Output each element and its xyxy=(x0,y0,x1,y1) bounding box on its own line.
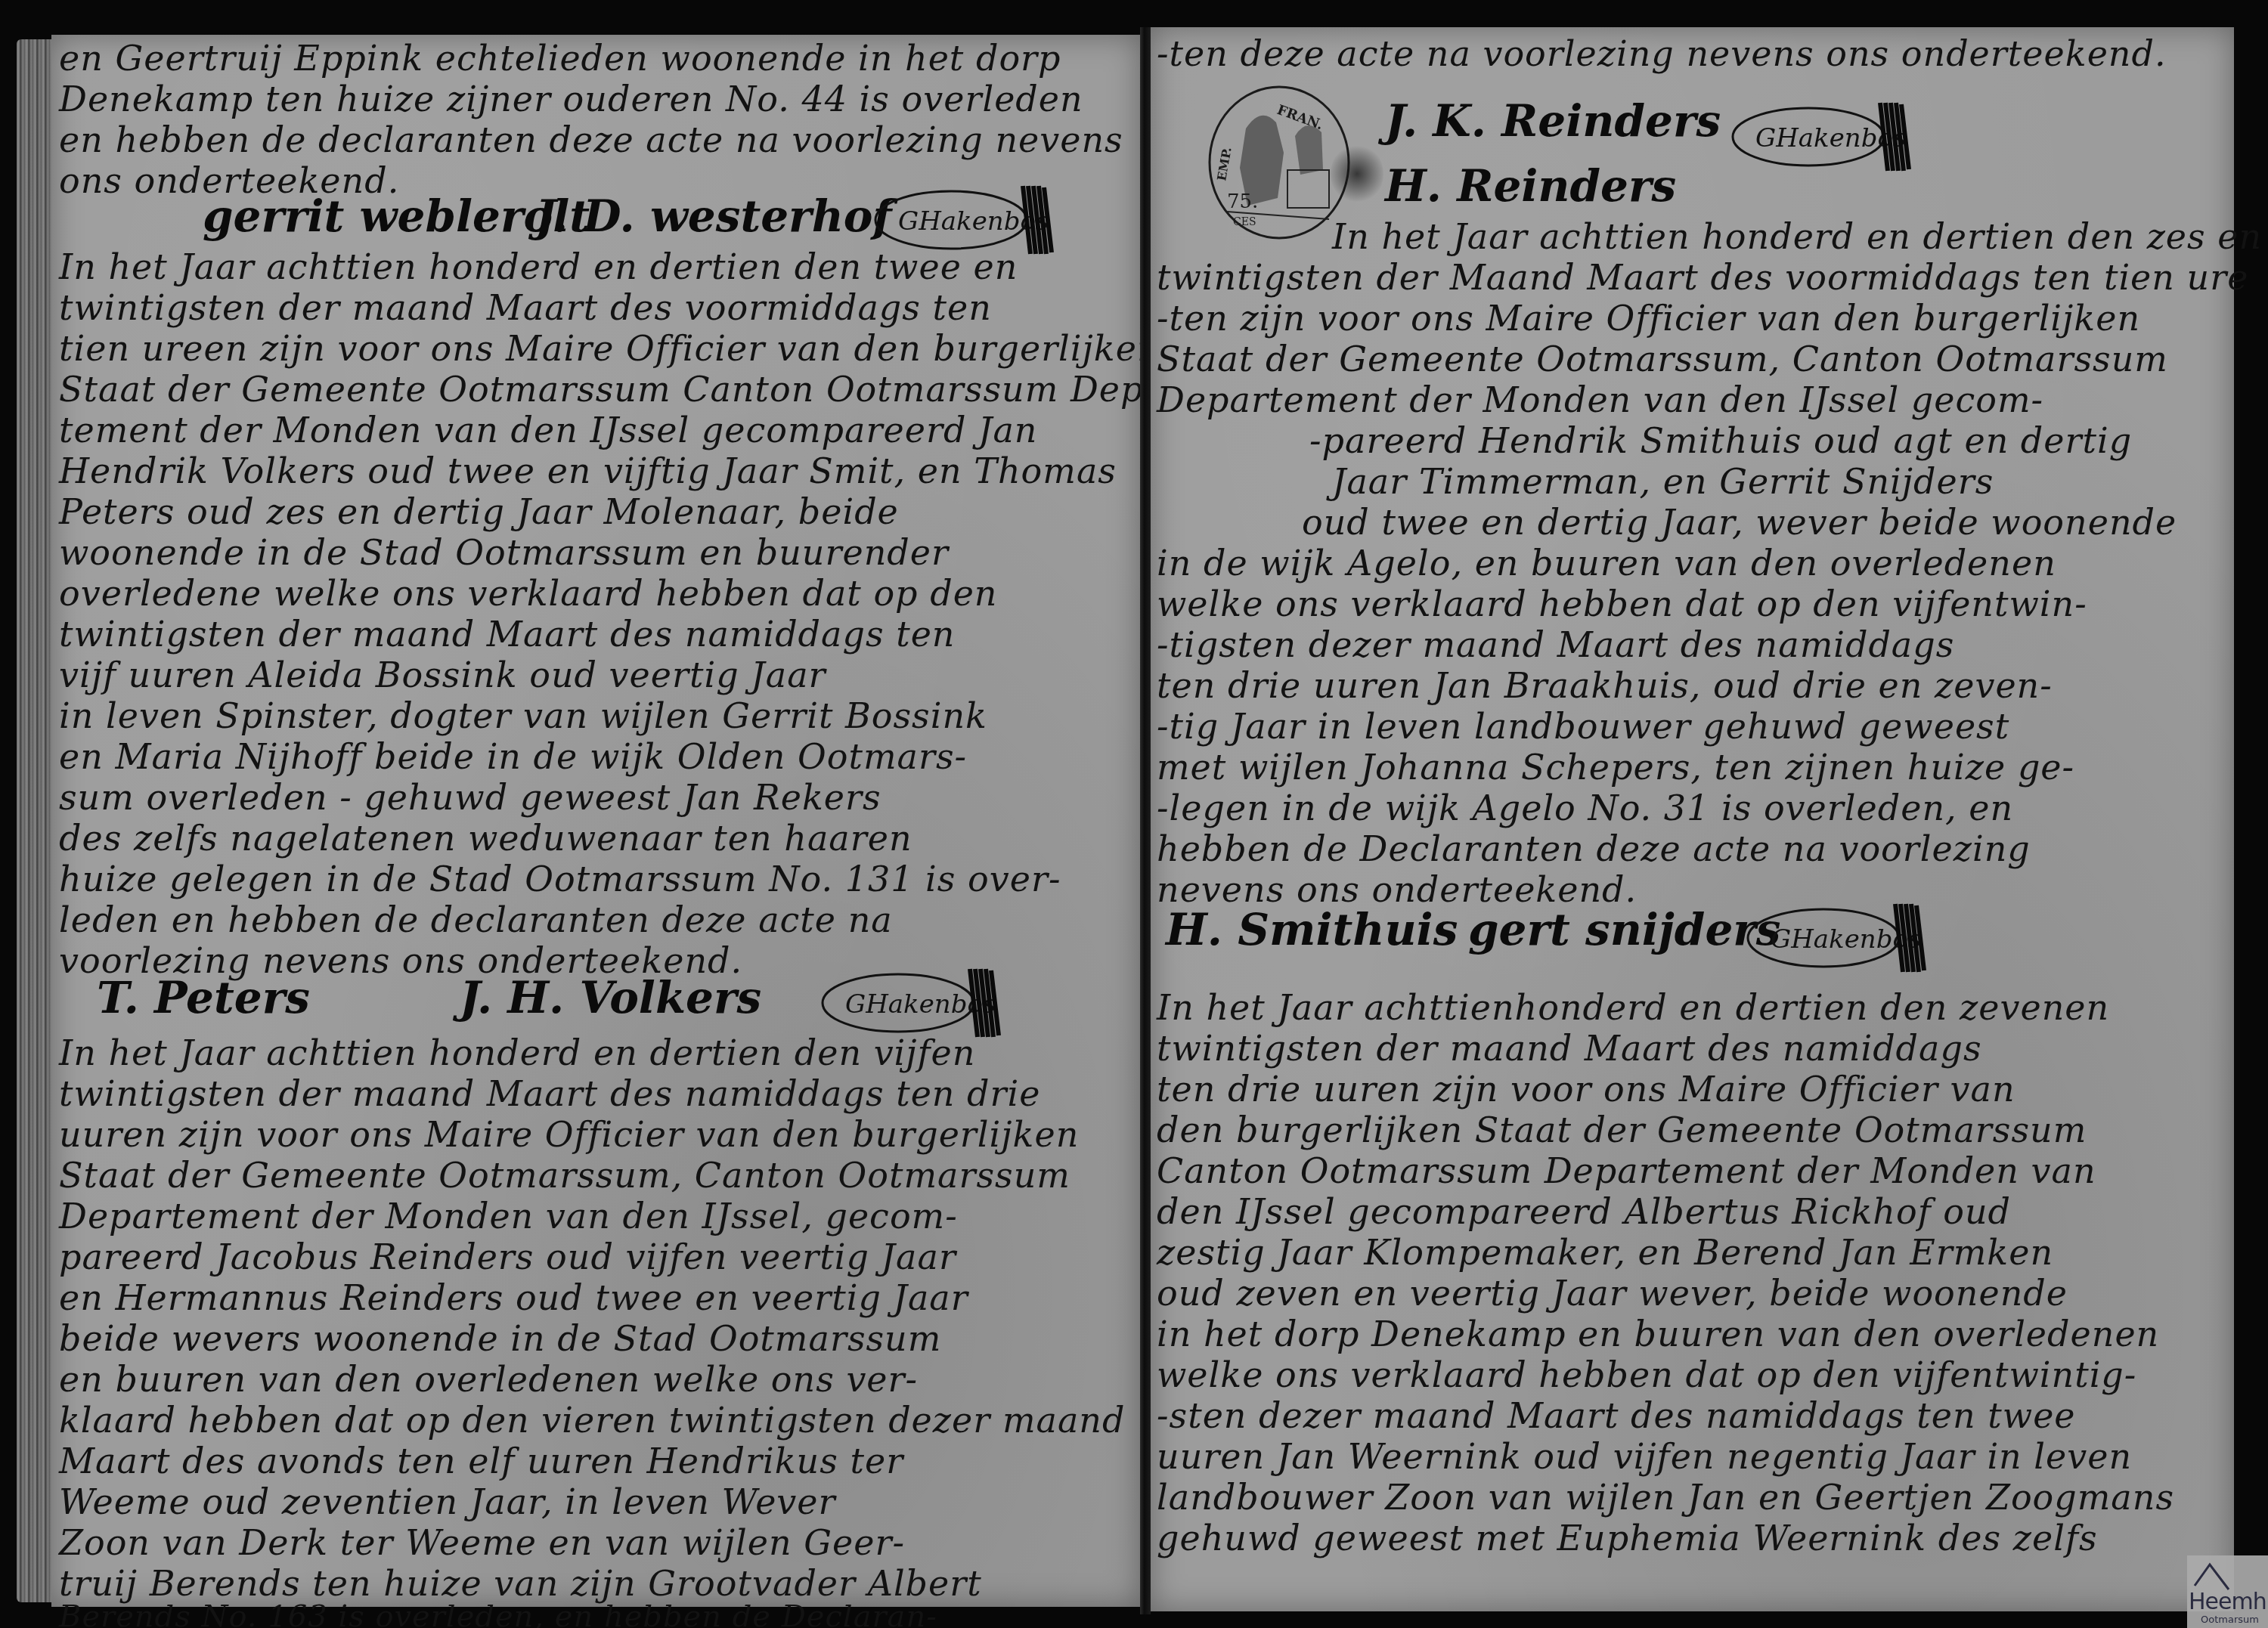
svg-text:EMP.: EMP. xyxy=(1214,146,1235,181)
handwritten-line: den burgerlijken Staat der Gemeente Ootm… xyxy=(1157,1110,2087,1150)
handwritten-line: pareerd Jacobus Reinders oud vijfen veer… xyxy=(59,1236,956,1277)
handwritten-line: gehuwd geweest met Euphemia Weernink des… xyxy=(1157,1518,2098,1558)
handwritten-line: sum overleden - gehuwd geweest Jan Reker… xyxy=(59,777,881,818)
handwritten-line: In het Jaar achttien honderd en dertien … xyxy=(59,1032,975,1073)
handwritten-line: oud zeven en veertig Jaar wever, beide w… xyxy=(1157,1273,2068,1314)
handwritten-line: ten drie uuren Jan Braakhuis, oud drie e… xyxy=(1157,665,2053,706)
handwritten-line: Maart des avonds ten elf uuren Hendrikus… xyxy=(59,1441,903,1481)
handwritten-line: zestig Jaar Klompemaker, en Berend Jan E… xyxy=(1157,1232,2053,1273)
handwritten-line: Peters oud zes en dertig Jaar Molenaar, … xyxy=(59,491,899,532)
handwritten-line: welke ons verklaard hebben dat op den vi… xyxy=(1157,1354,2136,1395)
handwritten-line: uuren zijn voor ons Maire Officier van d… xyxy=(59,1114,1079,1155)
watermark-subtitle: Ootmarsum xyxy=(2201,1614,2259,1626)
watermark-title: Heemhuis xyxy=(2189,1589,2268,1615)
handwritten-line: en Maria Nijhoff beide in de wijk Olden … xyxy=(59,736,967,777)
svg-text:CES: CES xyxy=(1233,216,1256,228)
handwritten-line: landbouwer Zoon van wijlen Jan en Geertj… xyxy=(1157,1477,2174,1518)
handwritten-line: tement der Monden van den IJssel gecompa… xyxy=(59,410,1037,450)
handwritten-line: ten drie uuren zijn voor ons Maire Offic… xyxy=(1157,1069,2015,1110)
handwritten-line: welke ons verklaard hebben dat op den vi… xyxy=(1157,583,2087,624)
right-page: -ten deze acte na voorlezing nevens ons … xyxy=(1151,27,2234,1611)
handwritten-line: des zelfs nagelatenen weduwenaar ten haa… xyxy=(59,818,912,859)
left-page: en Geertruij Eppink echtelieden woonende… xyxy=(51,35,1140,1607)
handwritten-line: twintigsten der maand Maart des namiddag… xyxy=(1157,1028,1982,1069)
handwritten-line: -sten dezer maand Maart des namiddags te… xyxy=(1157,1395,2076,1436)
handwritten-line: Departement der Monden van den IJssel, g… xyxy=(59,1196,958,1236)
signature: J. H. Volkers xyxy=(460,972,761,1023)
handwritten-line: in leven Spinster, dogter van wijlen Ger… xyxy=(59,695,987,736)
svg-text:FRAN.: FRAN. xyxy=(1275,102,1325,133)
handwritten-line: den IJssel gecompareerd Albertus Rickhof… xyxy=(1157,1191,2011,1232)
handwritten-line: uuren Jan Weernink oud vijfen negentig J… xyxy=(1157,1436,2132,1477)
handwritten-line: twintigsten der Maand Maart des voormidd… xyxy=(1157,257,2248,298)
svg-text:75.: 75. xyxy=(1227,190,1258,213)
handwritten-line: Staat der Gemeente Ootmarssum Canton Oot… xyxy=(59,369,1194,410)
signature: J. D. westerhof xyxy=(535,190,891,242)
handwritten-line: -tig Jaar in leven landbouwer gehuwd gew… xyxy=(1157,706,2009,747)
handwritten-line: In het Jaar achttienhonderd en dertien d… xyxy=(1157,987,2109,1028)
handwritten-line: oud twee en dertig Jaar, wever beide woo… xyxy=(1302,502,2177,543)
handwritten-line: Jaar Timmerman, en Gerrit Snijders xyxy=(1332,461,1994,502)
handwritten-line: -tigsten dezer maand Maart des namiddags xyxy=(1157,624,1954,665)
handwritten-line: huize gelegen in de Stad Ootmarssum No. … xyxy=(59,859,1061,899)
handwritten-line: -ten deze acte na voorlezing nevens ons … xyxy=(1157,33,2167,74)
signature: gerrit weblerolt xyxy=(203,190,590,242)
handwritten-line: met wijlen Johanna Schepers, ten zijnen … xyxy=(1157,747,2074,788)
handwritten-line: overledene welke ons verklaard hebben da… xyxy=(59,573,997,614)
handwritten-line: -legen in de wijk Agelo No. 31 is overle… xyxy=(1157,788,2013,828)
scanned-document: en Geertruij Eppink echtelieden woonende… xyxy=(0,0,2268,1628)
handwritten-line: en hebben de declaranten deze acte na vo… xyxy=(59,119,1123,160)
archive-watermark: Heemhuis Ootmarsum xyxy=(2187,1555,2268,1628)
handwritten-line: -ten zijn voor ons Maire Officier van de… xyxy=(1157,298,2140,339)
handwritten-line: Staat der Gemeente Ootmarssum, Canton Oo… xyxy=(59,1155,1070,1196)
handwritten-line: hebben de Declaranten deze acte na voorl… xyxy=(1157,828,2031,869)
handwritten-line: tien ureen zijn voor ons Maire Officier … xyxy=(59,328,1160,369)
handwritten-line: twintigsten der maand Maart des namiddag… xyxy=(59,1073,1041,1114)
handwritten-line: woonende in de Stad Ootmarssum en buuren… xyxy=(59,532,949,573)
handwritten-line: en Hermannus Reinders oud twee en veerti… xyxy=(59,1277,968,1318)
handwritten-line: beide wevers woonende in de Stad Ootmars… xyxy=(59,1318,941,1359)
handwritten-line: Denekamp ten huize zijner ouderen No. 44… xyxy=(59,79,1083,119)
right-page-text: -ten deze acte na voorlezing nevens ons … xyxy=(1151,27,2234,1611)
handwritten-line: vijf uuren Aleida Bossink oud veertig Ja… xyxy=(59,655,826,695)
handwritten-line: in het dorp Denekamp en buuren van den o… xyxy=(1157,1314,2159,1354)
page-gutter-divider xyxy=(1140,27,1151,1614)
handwritten-line: Zoon van Derk ter Weeme en van wijlen Ge… xyxy=(59,1522,905,1563)
handwritten-line: In het Jaar achttien honderd en dertien … xyxy=(59,246,1018,287)
signature: gert snijders xyxy=(1468,904,1781,955)
signature: H. Reinders xyxy=(1385,160,1676,212)
handwritten-line: Weeme oud zeventien Jaar, in leven Wever xyxy=(59,1481,836,1522)
handwritten-line: en buuren van den overledenen welke ons … xyxy=(59,1359,918,1400)
handwritten-line: twintigsten der maand Maart des voormidd… xyxy=(59,287,992,328)
signature: J. K. Reinders xyxy=(1385,95,1721,147)
page-stack-edge xyxy=(17,39,53,1602)
signature: T. Peters xyxy=(97,972,310,1023)
handwritten-line: Departement der Monden van den IJssel ge… xyxy=(1157,379,2043,420)
handwritten-line: in de wijk Agelo, en buuren van den over… xyxy=(1157,543,2056,583)
roof-logo-icon xyxy=(2187,1555,2268,1593)
handwritten-line: In het Jaar achttien honderd en dertien … xyxy=(1332,216,2262,257)
handwritten-line: Canton Ootmarssum Departement der Monden… xyxy=(1157,1150,2096,1191)
mayor-paraph-icon: GHakenbos xyxy=(1740,896,1937,980)
handwritten-line: Staat der Gemeente Ootmarssum, Canton Oo… xyxy=(1157,339,2168,379)
handwritten-line: en Geertruij Eppink echtelieden woonende… xyxy=(59,38,1061,79)
ink-blot xyxy=(1331,144,1383,204)
signature: H. Smithuis xyxy=(1166,904,1458,955)
handwritten-line: klaard hebben dat op den vieren twintigs… xyxy=(59,1400,1125,1441)
mayor-paraph-icon: GHakenbos xyxy=(1725,95,1922,178)
handwritten-line: Berends No. 163 is overleden, en hebben … xyxy=(59,1599,937,1628)
handwritten-line: leden en hebben de declaranten deze acte… xyxy=(59,899,893,940)
handwritten-line: -pareerd Hendrik Smithuis oud agt en der… xyxy=(1309,420,2132,461)
handwritten-line: Hendrik Volkers oud twee en vijftig Jaar… xyxy=(59,450,1117,491)
handwritten-line: truij Berends ten huize van zijn Grootva… xyxy=(59,1563,982,1604)
left-page-text: en Geertruij Eppink echtelieden woonende… xyxy=(51,35,1140,1607)
handwritten-line: twintigsten der maand Maart des namiddag… xyxy=(59,614,956,655)
